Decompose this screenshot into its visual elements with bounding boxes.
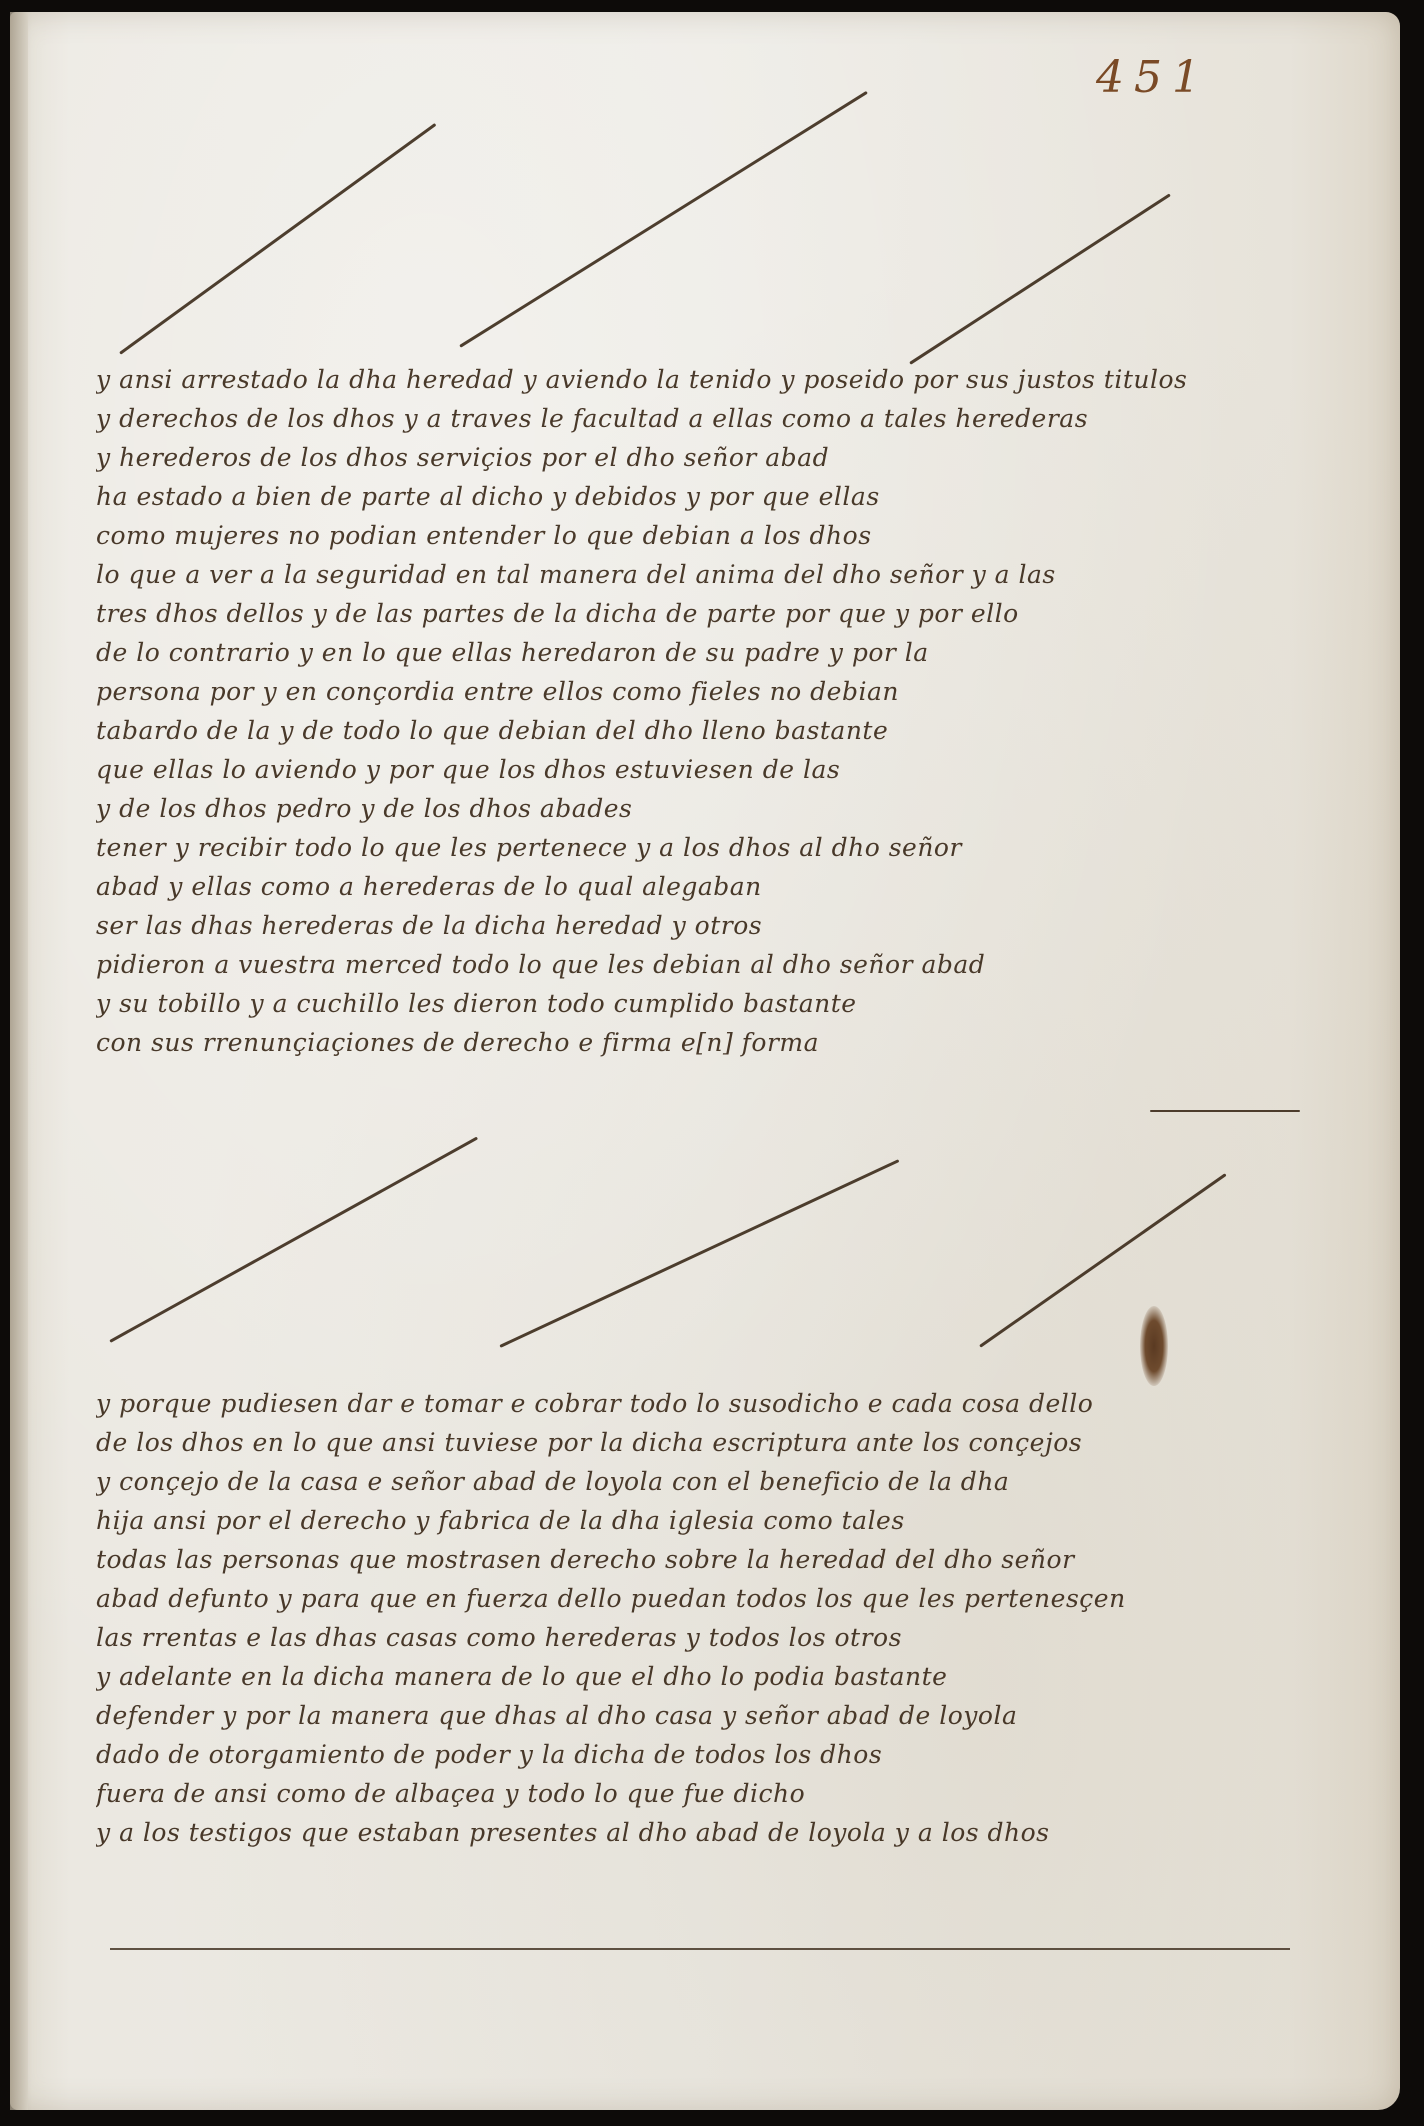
manuscript-line: ser las dhas herederas de la dicha hered… <box>96 906 1371 945</box>
text-block-1: y ansi arrestado la dha heredad y aviend… <box>96 360 1371 1062</box>
manuscript-line: y herederos de los dhos serviçios por el… <box>96 438 1371 477</box>
closing-flourish-stroke <box>1150 1110 1300 1112</box>
manuscript-line: y ansi arrestado la dha heredad y aviend… <box>96 360 1371 399</box>
binding-gutter <box>10 12 28 2110</box>
manuscript-line: dado de otorgamiento de poder y la dicha… <box>96 1735 1371 1774</box>
manuscript-line: y su tobillo y a cuchillo les dieron tod… <box>96 984 1371 1023</box>
manuscript-line: y adelante en la dicha manera de lo que … <box>96 1657 1371 1696</box>
manuscript-line: abad y ellas como a herederas de lo qual… <box>96 867 1371 906</box>
manuscript-line: y derechos de los dhos y a traves le fac… <box>96 399 1371 438</box>
manuscript-line: lo que a ver a la seguridad en tal maner… <box>96 555 1371 594</box>
manuscript-line: y porque pudiesen dar e tomar e cobrar t… <box>96 1384 1371 1423</box>
manuscript-line: todas las personas que mostrasen derecho… <box>96 1540 1371 1579</box>
manuscript-line: y de los dhos pedro y de los dhos abades <box>96 789 1371 828</box>
manuscript-line: y conçejo de la casa e señor abad de loy… <box>96 1462 1371 1501</box>
manuscript-line: y a los testigos que estaban presentes a… <box>96 1813 1371 1852</box>
manuscript-line: con sus rrenunçiaçiones de derecho e fir… <box>96 1023 1371 1062</box>
manuscript-line: pidieron a vuestra merced todo lo que le… <box>96 945 1371 984</box>
manuscript-line: de los dhos en lo que ansi tuviese por l… <box>96 1423 1371 1462</box>
manuscript-line: persona por y en conçordia entre ellos c… <box>96 672 1371 711</box>
ink-blot <box>1140 1306 1168 1386</box>
folio-number: 451 <box>1096 52 1210 103</box>
manuscript-line: tres dhos dellos y de las partes de la d… <box>96 594 1371 633</box>
manuscript-line: hija ansi por el derecho y fabrica de la… <box>96 1501 1371 1540</box>
manuscript-line: que ellas lo aviendo y por que los dhos … <box>96 750 1371 789</box>
text-block-2: y porque pudiesen dar e tomar e cobrar t… <box>96 1384 1371 1852</box>
manuscript-line: tener y recibir todo lo que les pertenec… <box>96 828 1371 867</box>
manuscript-line: de lo contrario y en lo que ellas hereda… <box>96 633 1371 672</box>
closing-rule-line <box>110 1948 1290 1950</box>
manuscript-line: fuera de ansi como de albaçea y todo lo … <box>96 1774 1371 1813</box>
manuscript-line: las rrentas e las dhas casas como herede… <box>96 1618 1371 1657</box>
manuscript-line: tabardo de la y de todo lo que debian de… <box>96 711 1371 750</box>
manuscript-line: abad defunto y para que en fuerza dello … <box>96 1579 1371 1618</box>
manuscript-line: defender y por la manera que dhas al dho… <box>96 1696 1371 1735</box>
manuscript-line: como mujeres no podian entender lo que d… <box>96 516 1371 555</box>
manuscript-line: ha estado a bien de parte al dicho y deb… <box>96 477 1371 516</box>
